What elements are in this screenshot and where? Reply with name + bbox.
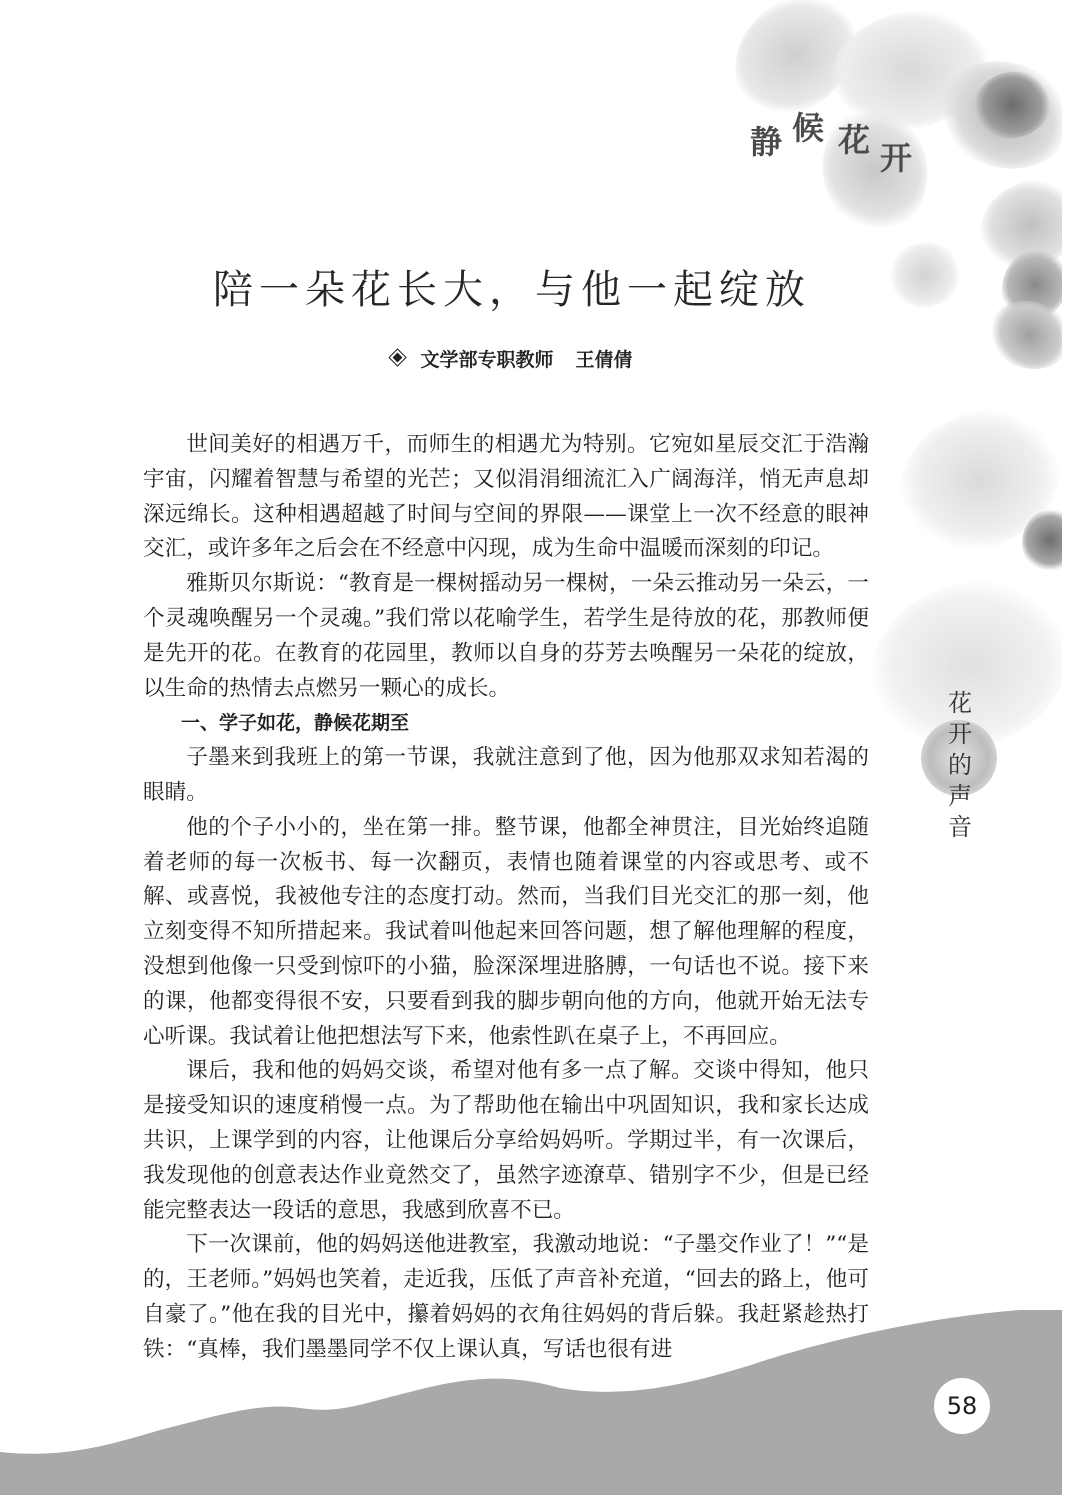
column-name-char: 音 — [945, 812, 975, 843]
column-name-char: 开 — [945, 719, 975, 750]
author-name: 王倩倩 — [576, 349, 633, 371]
paragraph: 世间美好的相遇万千，而师生的相遇尤为特别。它宛如星辰交汇于浩瀚宇宙，闪耀着智慧与… — [143, 428, 869, 567]
maple-leaf-shape — [965, 59, 1059, 150]
article-title: 陪一朵花长大，与他一起绽放 — [0, 258, 1024, 315]
leaf-shape — [920, 33, 1062, 198]
column-side-tab: 花 开 的 声 音 — [915, 680, 995, 845]
paragraph: 课后，我和他的妈妈交谈，希望对他有多一点了解。交谈中得知，他只是接受知识的速度稍… — [143, 1054, 869, 1228]
leaf-shape — [980, 180, 1062, 270]
column-name: 花 开 的 声 音 — [945, 688, 975, 843]
section-label-char: 静 — [750, 126, 782, 158]
bottom-wave-decoration — [0, 1310, 1062, 1495]
section-label-char: 开 — [880, 142, 912, 174]
leaf-shape — [900, 410, 1060, 550]
magazine-page: 静 候 花 开 陪一朵花长大，与他一起绽放 文学部专职教师王倩倩 世间美好的相遇… — [0, 0, 1062, 1495]
diamond-bullet-icon — [389, 348, 407, 366]
article-body: 世间美好的相遇万千，而师生的相遇尤为特别。它宛如星辰交汇于浩瀚宇宙，闪耀着智慧与… — [143, 428, 869, 1368]
column-name-char: 的 — [945, 750, 975, 781]
paragraph: 子墨来到我班上的第一节课，我就注意到了他，因为他那双求知若渴的眼睛。 — [143, 741, 869, 811]
byline: 文学部专职教师王倩倩 — [0, 345, 1024, 372]
section-label-char: 花 — [838, 124, 870, 156]
column-name-char: 声 — [945, 781, 975, 812]
section-label-char: 候 — [792, 112, 824, 144]
section-label: 静 候 花 开 — [750, 112, 930, 182]
leaf-shape — [1009, 499, 1062, 581]
page-number: 58 — [934, 1378, 990, 1434]
author-department: 文学部专职教师 — [420, 349, 553, 371]
column-name-char: 花 — [945, 688, 975, 719]
paragraph: 他的个子小小的，坐在第一排。整节课，他都全神贯注，目光始终追随着老师的每一次板书… — [143, 811, 869, 1055]
section-heading: 一、学子如花，静候花期至 — [143, 706, 869, 741]
paragraph: 雅斯贝尔斯说：“教育是一棵树摇动另一棵树，一朵云推动另一朵云，一个灵魂唤醒另一个… — [143, 567, 869, 706]
